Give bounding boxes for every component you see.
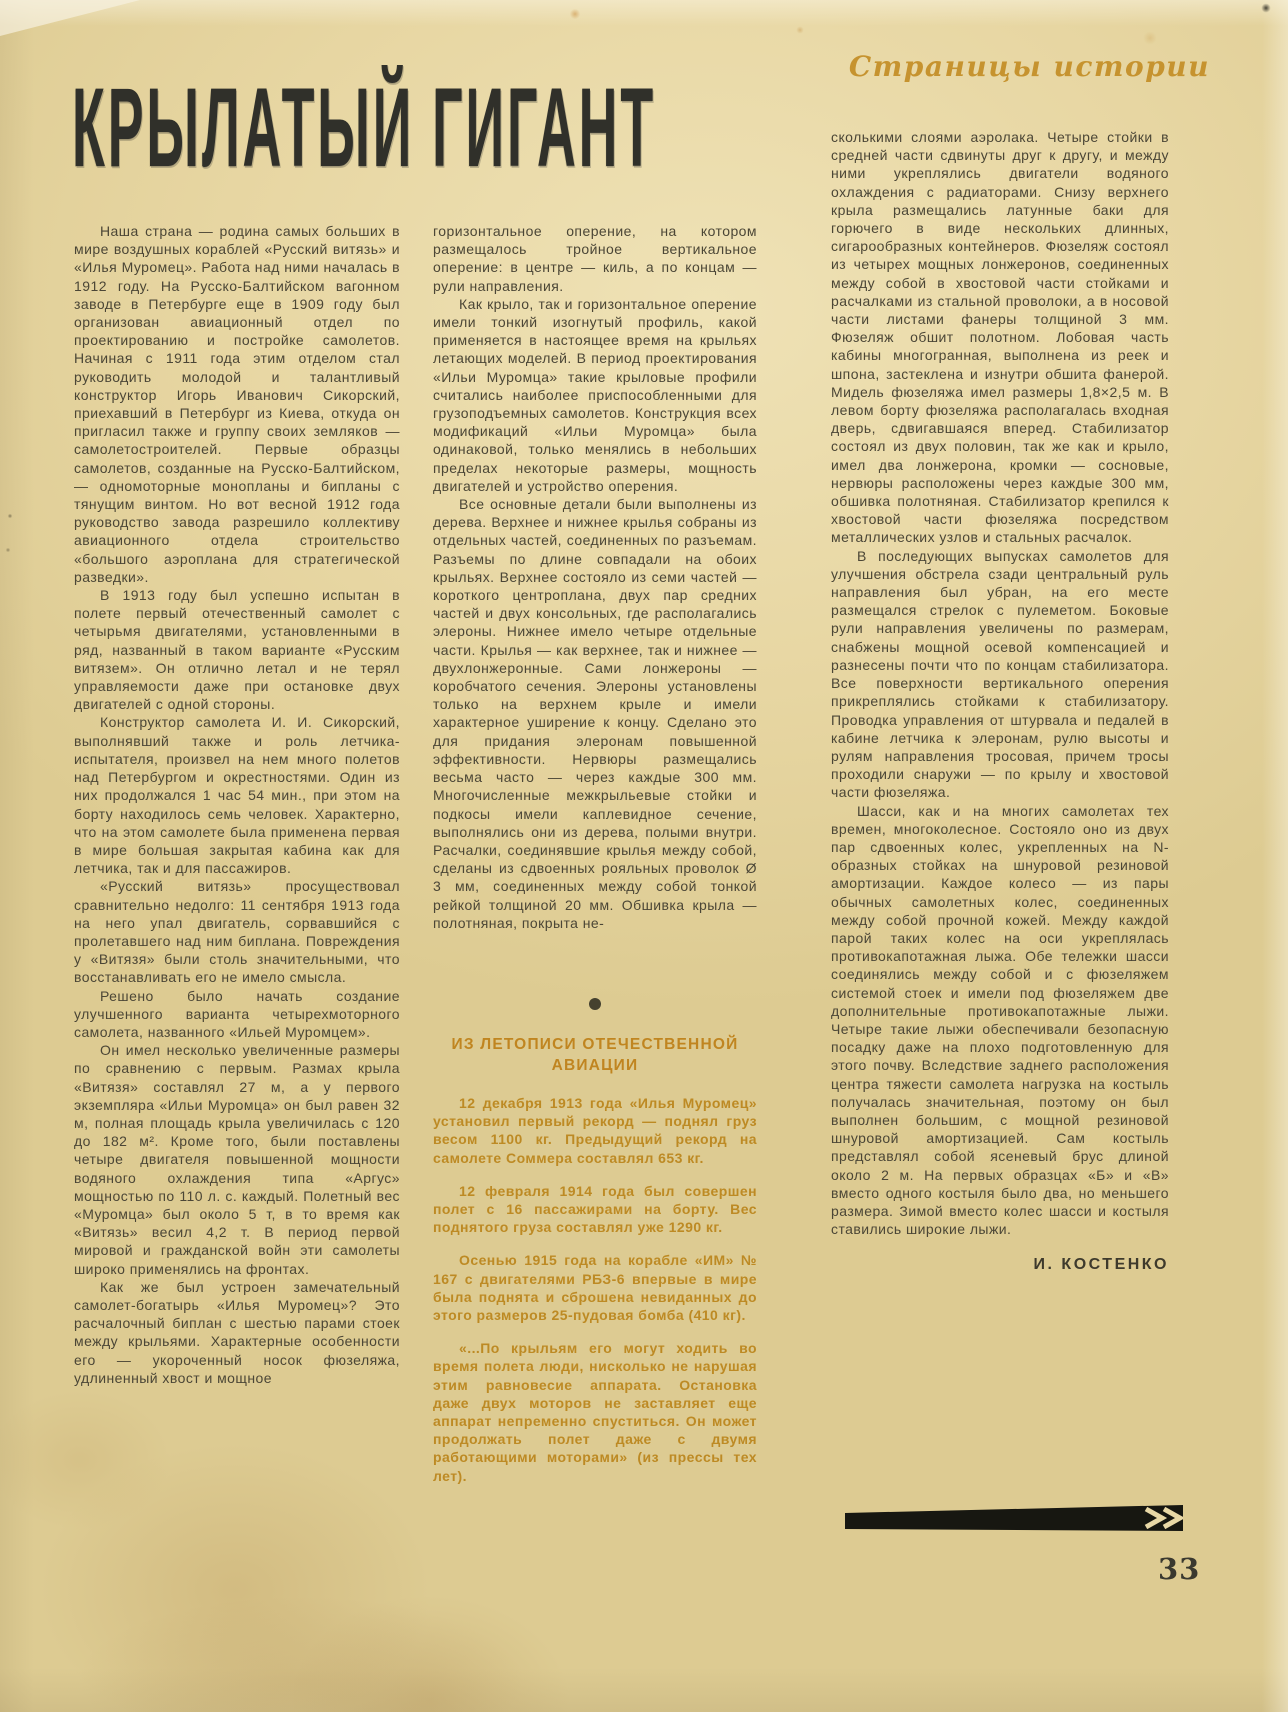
chronicle-section-heading: ИЗ ЛЕТОПИСИ ОТЕЧЕСТВЕННОЙ АВИАЦИИ	[439, 1034, 751, 1076]
paragraph: горизонтальное оперение, на котором разм…	[433, 222, 757, 295]
paragraph: Шасси, как и на многих самолетах тех вре…	[831, 802, 1169, 1239]
author-byline: И. КОСТЕНКО	[831, 1256, 1169, 1274]
page-number: 33	[1158, 1552, 1200, 1586]
separator-dot-icon	[589, 998, 601, 1010]
paragraph: сколькими слоями аэролака. Четыре стойки…	[831, 128, 1169, 547]
chronicle-paragraph: 12 февраля 1914 года был совершен полет …	[433, 1182, 757, 1237]
chronicle-paragraph: 12 декабря 1913 года «Илья Муромец» уста…	[433, 1094, 757, 1167]
text-column-2: горизонтальное оперение, на котором разм…	[433, 222, 757, 1500]
paragraph: «Русский витязь» просуществовал сравните…	[74, 877, 400, 986]
text-column-1: Наша страна — родина самых больших в мир…	[74, 222, 400, 1387]
chronicle-paragraph: «...По крыльям его могут ходить во время…	[433, 1339, 757, 1485]
text-column-3: сколькими слоями аэролака. Четыре стойки…	[831, 128, 1169, 1275]
paragraph: Конструктор самолета И. И. Сикорский, вы…	[74, 713, 400, 877]
paragraph: Решено было начать создание улучшенного …	[74, 987, 400, 1042]
paragraph: Наша страна — родина самых больших в мир…	[74, 222, 400, 586]
rubric-header: Страницы истории	[849, 50, 1210, 83]
magazine-page: Страницы истории КРЫЛАТЫЙ ГИГАНТ Наша ст…	[0, 0, 1288, 1712]
paragraph: Как же был устроен замечательный самолет…	[74, 1278, 400, 1387]
chronicle-paragraph: Осенью 1915 года на корабле «ИМ» № 167 с…	[433, 1251, 757, 1324]
paragraph: Как крыло, так и горизонтальное оперение…	[433, 295, 757, 495]
paragraph: В последующих выпусках самолетов для улу…	[831, 547, 1169, 802]
article-title: КРЫЛАТЫЙ ГИГАНТ	[72, 68, 656, 189]
paragraph: Все основные детали были выполнены из де…	[433, 495, 757, 932]
page-corner	[0, 0, 140, 36]
paragraph: Он имел несколько увеличенные размеры по…	[74, 1041, 400, 1278]
continuation-arrow-icon	[845, 1504, 1183, 1534]
paragraph: В 1913 году был успешно испытан в полете…	[74, 586, 400, 713]
